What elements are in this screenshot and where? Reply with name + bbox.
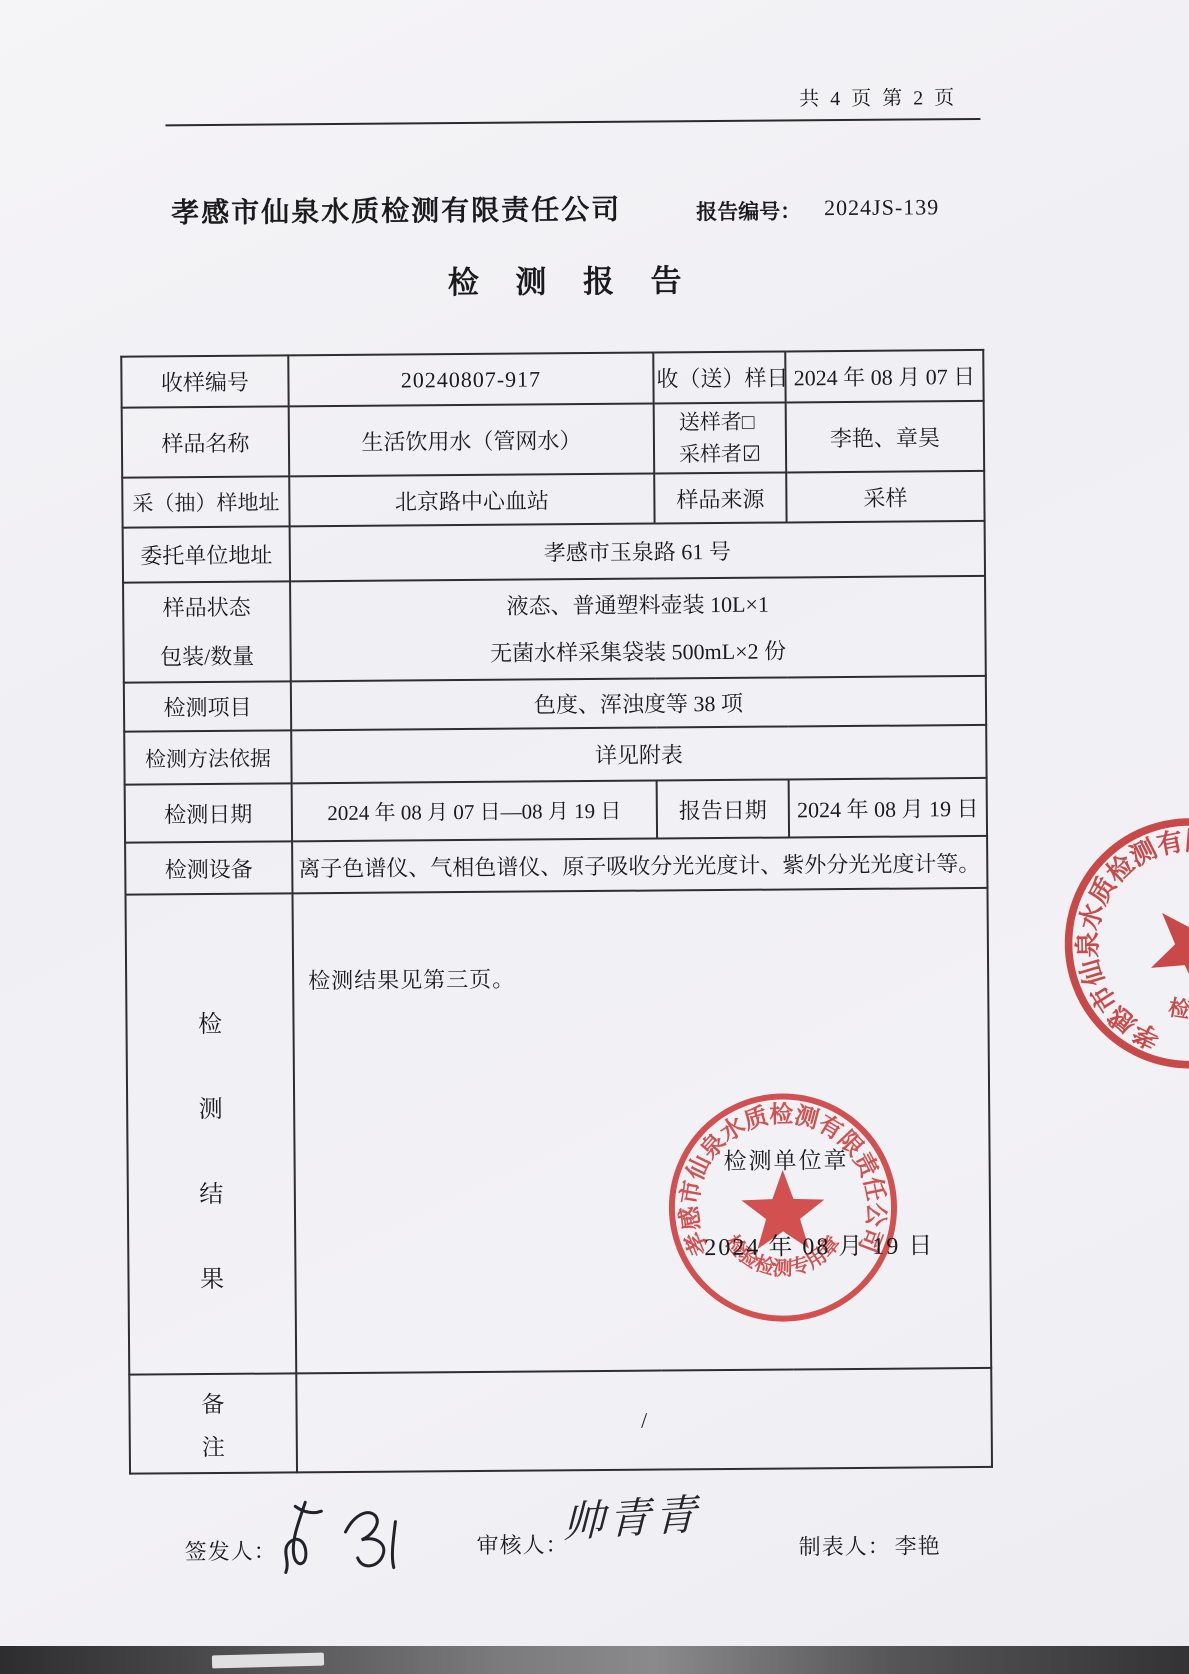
report-date-label: 报告日期 bbox=[657, 779, 789, 838]
page-content: 共 4 页 第 2 页 孝感市仙泉水质检测有限责任公司 报告编号： 2024JS… bbox=[0, 0, 1189, 1674]
row-sampling-addr: 采（抽）样地址 北京路中心血站 样品来源 采样 bbox=[122, 471, 984, 528]
edge-seal-icon: 孝感市仙泉水质检测有限责任公司 检验检测专用章 bbox=[1006, 760, 1189, 1127]
sampler-names: 李艳、章昊 bbox=[786, 401, 985, 473]
company-seal-icon: 孝感市仙泉水质检测有限责任公司 检验检测专用章 bbox=[663, 1088, 903, 1328]
row-test-items: 检测项目 色度、浑浊度等 38 项 bbox=[124, 676, 986, 732]
row-sample-no: 收样编号 20240807-917 收（送）样日期 2024 年 08 月 07… bbox=[121, 350, 983, 408]
sample-source-label: 样品来源 bbox=[654, 472, 786, 523]
row-equipment: 检测设备 离子色谱仪、气相色谱仪、原子吸收分光光度计、紫外分光光度计等。 bbox=[125, 836, 987, 895]
equipment-label: 检测设备 bbox=[125, 841, 292, 894]
receive-date-label: 收（送）样日期 bbox=[653, 351, 785, 403]
test-items-value: 色度、浑浊度等 38 项 bbox=[291, 676, 986, 730]
report-date-value: 2024 年 08 月 19 日 bbox=[789, 778, 987, 838]
sample-delivery-mode: 送样者□ 采样者☑ bbox=[654, 402, 787, 473]
row-test-date: 检测日期 2024 年 08 月 07 日—08 月 19 日 报告日期 202… bbox=[125, 778, 987, 843]
sample-no-label: 收样编号 bbox=[121, 355, 288, 407]
result-label-char: 测 bbox=[199, 1089, 223, 1124]
sample-state-label-line1: 样品状态 bbox=[126, 582, 287, 632]
scan-edge-band bbox=[0, 1646, 1189, 1674]
row-sample-name: 样品名称 生活饮用水（管网水） 送样者□ 采样者☑ 李艳、章昊 bbox=[122, 401, 985, 478]
remark-value: / bbox=[296, 1368, 992, 1472]
svg-text:孝感市仙泉水质检测有限责任公司: 孝感市仙泉水质检测有限责任公司 bbox=[1024, 777, 1189, 1064]
sample-name-value: 生活饮用水（管网水） bbox=[289, 404, 655, 477]
row-result: 检 测 结 果 检测结果见第三页。 检测单位章 2024 年 08 月 19 日 bbox=[125, 888, 991, 1375]
test-date-value: 2024 年 08 月 07 日—08 月 19 日 bbox=[292, 781, 657, 842]
sample-state-value: 液态、普通塑料壶装 10L×1 无菌水样采集袋装 500mL×2 份 bbox=[290, 576, 986, 681]
remark-label: 备 注 bbox=[129, 1373, 297, 1473]
method-value: 详见附表 bbox=[291, 725, 986, 783]
header-rule bbox=[165, 118, 980, 126]
result-note: 检测结果见第三页。 bbox=[308, 963, 515, 996]
client-addr-value: 孝感市玉泉路 61 号 bbox=[290, 521, 985, 581]
reviewer-signature: 帅青青 bbox=[562, 1482, 700, 1550]
result-label-char: 果 bbox=[200, 1259, 224, 1294]
preparer-label: 制表人： bbox=[799, 1530, 891, 1562]
company-name: 孝感市仙泉水质检测有限责任公司 bbox=[171, 188, 621, 232]
remark-label-char: 注 bbox=[202, 1428, 225, 1461]
sampling-addr-label: 采（抽）样地址 bbox=[122, 476, 289, 527]
reviewer-label: 审核人： bbox=[476, 1528, 568, 1560]
report-table: 收样编号 20240807-917 收（送）样日期 2024 年 08 月 07… bbox=[120, 349, 993, 1475]
receive-date-value: 2024 年 08 月 07 日 bbox=[785, 350, 983, 403]
equipment-value: 离子色谱仪、气相色谱仪、原子吸收分光光度计、紫外分光光度计等。 bbox=[292, 836, 987, 893]
issuer-signature bbox=[261, 1493, 422, 1594]
document-title: 检 测 报 告 bbox=[0, 252, 1147, 306]
sample-source-value: 采样 bbox=[786, 471, 984, 523]
sampler-checkbox-option: 采样者☑ bbox=[679, 438, 761, 471]
remark-label-char: 备 bbox=[201, 1385, 224, 1418]
report-no-label: 报告编号： bbox=[696, 195, 801, 226]
row-client-addr: 委托单位地址 孝感市玉泉路 61 号 bbox=[123, 521, 985, 583]
sample-state-label: 样品状态 包装/数量 bbox=[123, 581, 291, 682]
sample-state-label-line2: 包装/数量 bbox=[126, 631, 287, 681]
sample-state-value-line2: 无菌水样采集袋装 500mL×2 份 bbox=[293, 626, 982, 678]
sample-no-value: 20240807-917 bbox=[288, 353, 653, 407]
preparer-name: 李艳 bbox=[895, 1529, 941, 1560]
stamp-caption: 检测单位章 bbox=[723, 1142, 848, 1176]
scan-edge-artifact bbox=[212, 1653, 324, 1669]
edge-seal-ring-text: 孝感市仙泉水质检测有限责任公司 bbox=[1024, 777, 1189, 1064]
result-label-char: 检 bbox=[198, 1004, 222, 1039]
client-addr-label: 委托单位地址 bbox=[123, 526, 290, 582]
row-method: 检测方法依据 详见附表 bbox=[124, 725, 986, 785]
sampling-addr-value: 北京路中心血站 bbox=[289, 474, 654, 527]
edge-seal-star-icon bbox=[1129, 882, 1189, 1007]
scanned-report-page: 共 4 页 第 2 页 孝感市仙泉水质检测有限责任公司 报告编号： 2024JS… bbox=[0, 0, 1189, 1674]
result-label: 检 测 结 果 bbox=[125, 893, 296, 1374]
stamp-date: 2024 年 08 月 19 日 bbox=[704, 1225, 934, 1262]
row-sample-state: 样品状态 包装/数量 液态、普通塑料壶装 10L×1 无菌水样采集袋装 500m… bbox=[123, 576, 986, 683]
sample-state-value-line1: 液态、普通塑料壶装 10L×1 bbox=[293, 579, 982, 631]
test-items-label: 检测项目 bbox=[124, 681, 291, 731]
result-cell: 检测结果见第三页。 检测单位章 2024 年 08 月 19 日 孝感市仙泉水质… bbox=[292, 888, 991, 1373]
row-remark: 备 注 / bbox=[129, 1368, 992, 1474]
sample-name-label: 样品名称 bbox=[122, 406, 290, 477]
sender-checkbox-option: 送样者□ bbox=[679, 406, 761, 439]
report-no-value: 2024JS-139 bbox=[824, 194, 939, 221]
method-label: 检测方法依据 bbox=[124, 730, 291, 784]
test-date-label: 检测日期 bbox=[125, 783, 292, 842]
result-label-char: 结 bbox=[199, 1174, 223, 1209]
page-number: 共 4 页 第 2 页 bbox=[0, 81, 957, 118]
